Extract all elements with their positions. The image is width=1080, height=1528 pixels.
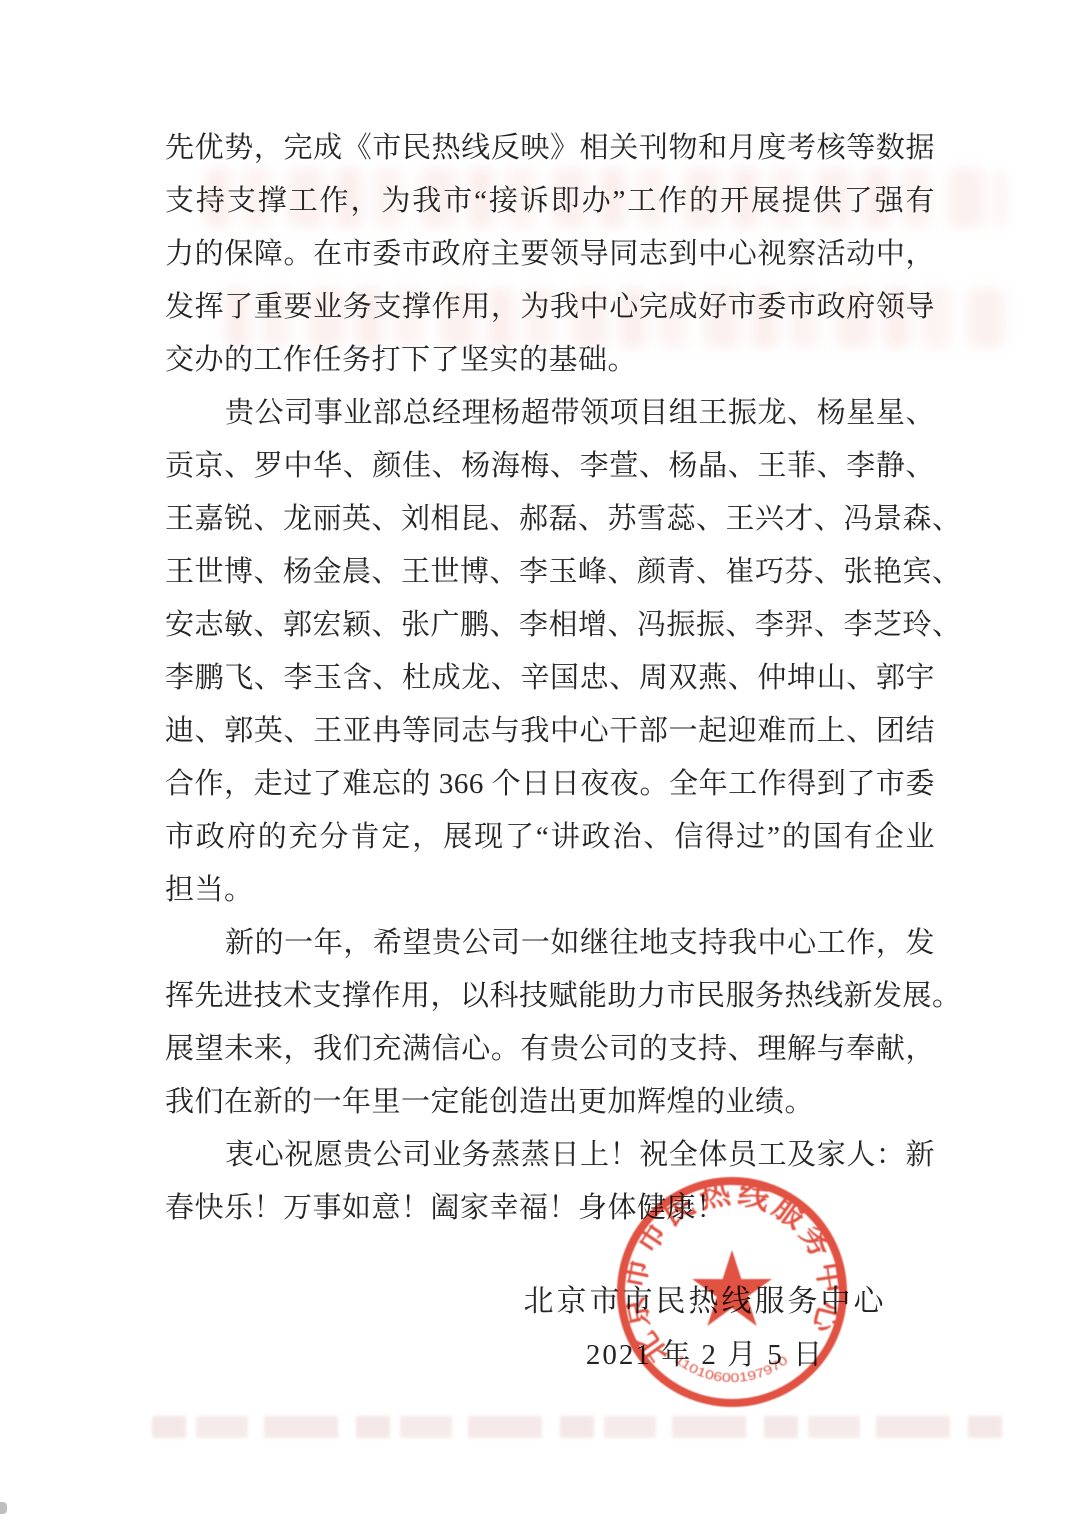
body-line: 王嘉锐、龙丽英、刘相昆、郝磊、苏雪蕊、王兴才、冯景森、 (165, 493, 935, 546)
body-line: 贵公司事业部总经理杨超带领项目组王振龙、杨星星、 (165, 387, 935, 440)
seal-graphic: 北京市市民热线服务中心 11010600197970 (614, 1174, 850, 1410)
body-line: 挥先进技术支撑作用，以科技赋能助力市民服务热线新发展。 (165, 970, 935, 1023)
bleed-through-watermark (152, 1416, 1012, 1438)
official-seal-stamp: 北京市市民热线服务中心 11010600197970 (614, 1174, 850, 1410)
body-line: 担当。 (165, 864, 935, 917)
body-line: 支持支撑工作，为我市“接诉即办”工作的开展提供了强有 (165, 175, 935, 228)
seal-serial-number: 11010600197970 (672, 1352, 790, 1385)
body-line: 李鹏飞、李玉含、杜成龙、辛国忠、周双燕、仲坤山、郭宇 (165, 652, 935, 705)
scan-edge-artifact (0, 1502, 7, 1514)
star-icon (692, 1250, 772, 1326)
body-line: 我们在新的一年里一定能创造出更加辉煌的业绩。 (165, 1076, 935, 1129)
svg-text:11010600197970: 11010600197970 (672, 1352, 790, 1385)
body-line: 展望未来，我们充满信心。有贵公司的支持、理解与奉献， (165, 1023, 935, 1076)
body-line: 市政府的充分肯定，展现了“讲政治、信得过”的国有企业 (165, 811, 935, 864)
body-line: 贡京、罗中华、颜佳、杨海梅、李萱、杨晶、王菲、李静、 (165, 440, 935, 493)
body-line: 合作，走过了难忘的 366 个日日夜夜。全年工作得到了市委 (165, 758, 935, 811)
body-line: 力的保障。在市委市政府主要领导同志到中心视察活动中， (165, 228, 935, 281)
body-line: 王世博、杨金晨、王世博、李玉峰、颜青、崔巧芬、张艳宾、 (165, 546, 935, 599)
body-line: 先优势，完成《市民热线反映》相关刊物和月度考核等数据 (165, 122, 935, 175)
letter-body: 先优势，完成《市民热线反映》相关刊物和月度考核等数据支持支撑工作，为我市“接诉即… (165, 122, 935, 1235)
body-line: 迪、郭英、王亚冉等同志与我中心干部一起迎难而上、团结 (165, 705, 935, 758)
body-line: 发挥了重要业务支撑作用，为我中心完成好市委市政府领导 (165, 281, 935, 334)
body-line: 安志敏、郭宏颖、张广鹏、李相增、冯振振、李羿、李芝玲、 (165, 599, 935, 652)
body-line: 新的一年，希望贵公司一如继往地支持我中心工作，发 (165, 917, 935, 970)
scanned-letter-page: 先优势，完成《市民热线反映》相关刊物和月度考核等数据支持支撑工作，为我市“接诉即… (0, 0, 1080, 1528)
body-line: 交办的工作任务打下了坚实的基础。 (165, 334, 935, 387)
